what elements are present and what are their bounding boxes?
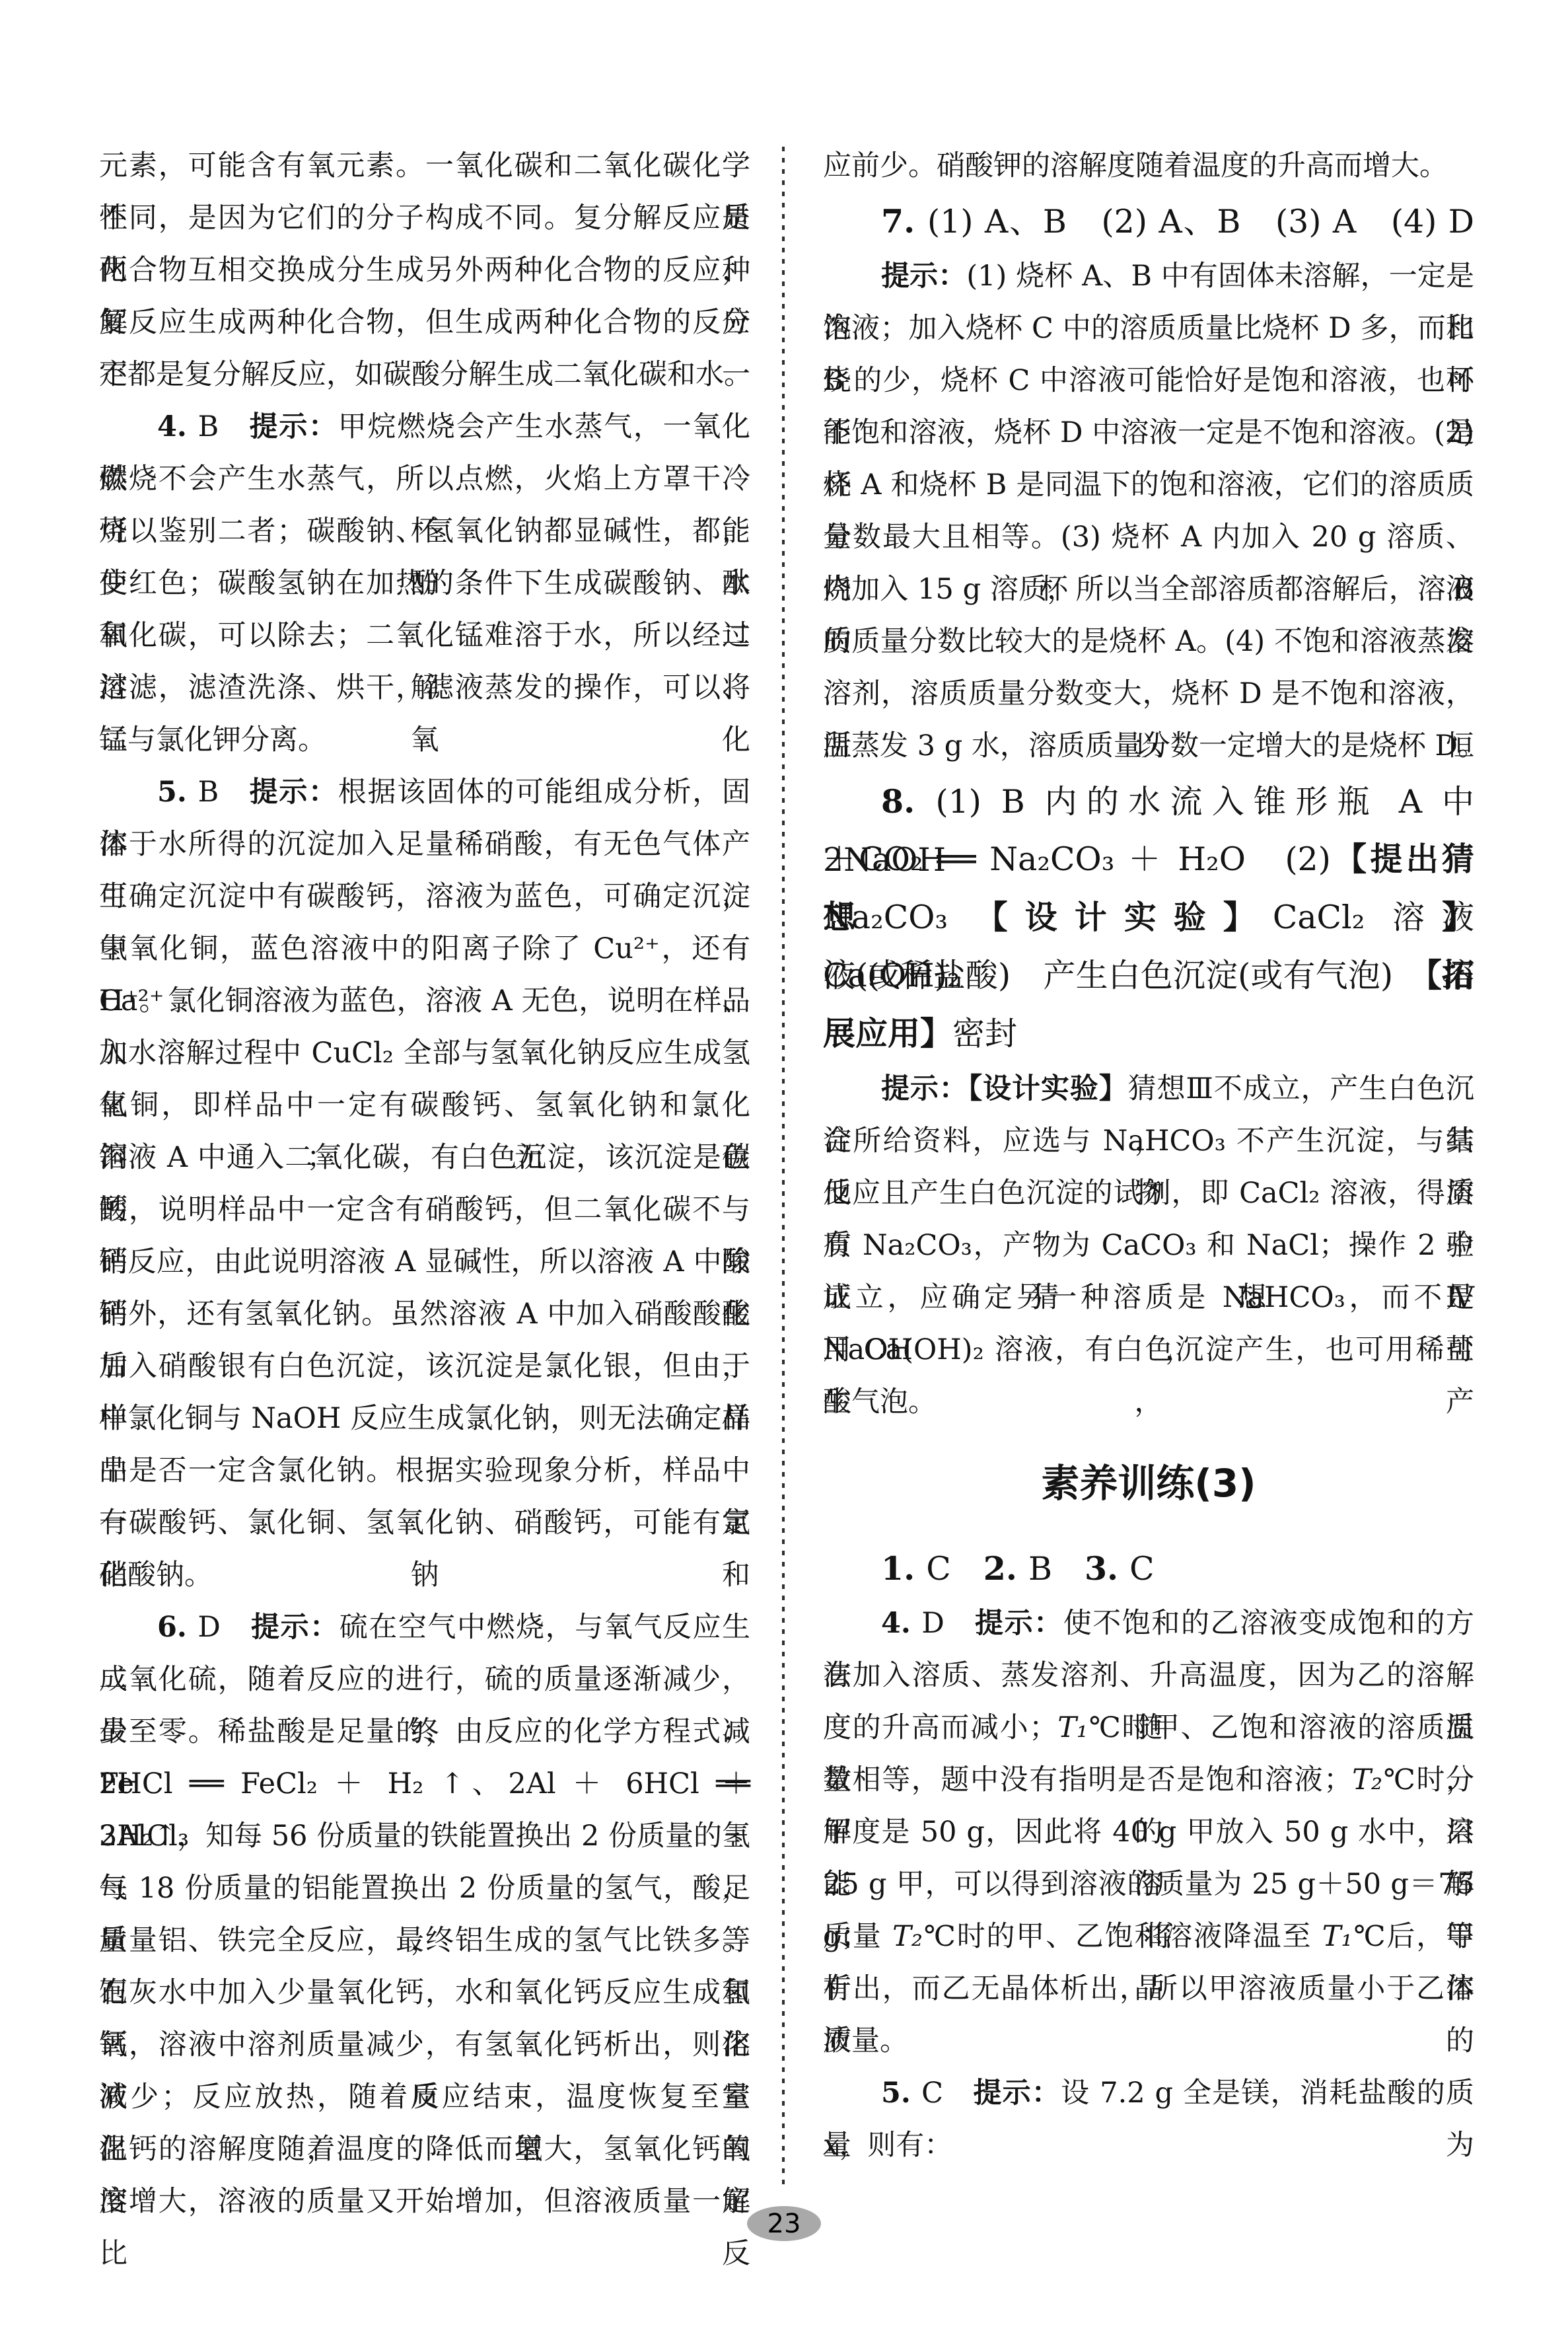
text-line: 中是否一定含氯化钠。根据实验现象分析，样品中一定 [99,1445,750,1497]
text-line: 有碳酸钙、氯化铜、氢氧化钠、硝酸钙，可能有氯化钠和 [99,1497,750,1549]
text-line: 溶液 A 中通入二氧化碳，有白色沉淀，该沉淀是碳酸 [99,1132,750,1184]
text-line: 钙外，还有氢氧化钠。虽然溶液 A 中加入硝酸酸化后， [99,1288,750,1341]
text-line: 解反应生成两种化合物，但生成两种化合物的反应不一 [99,297,750,349]
text-line: 有 Na₂CO₃，产物为 CaCO₃ 和 NaCl；操作 2 验证猜想Ⅳ [823,1220,1474,1272]
page-number: 23 [767,2209,801,2239]
text-line: 质量 T₂℃时的甲、乙饱和溶液降温至 T₁℃后，甲有晶体 [823,1911,1474,1963]
text-line: 钙反应，由此说明溶液 A 显碱性，所以溶液 A 中除硝酸 [99,1236,750,1288]
text-line: 二氧化硫，随着反应的进行，硫的质量逐渐减少，最终减 [99,1654,750,1706]
text-line: 内加入 15 g 溶质，所以当全部溶质都溶解后，溶液的溶 [823,564,1474,616]
page-number-badge: 23 [747,2206,821,2241]
text-line: H⁺。氯化铜溶液为蓝色，溶液 A 无色，说明在样品加 [99,975,750,1027]
text-line: 溶液；加入烧杯 C 中的溶质质量比烧杯 D 多，而比烧杯 [823,303,1474,355]
text-line: 度的升高而减小；T₁℃时甲、乙饱和溶液的溶质质量分 [823,1702,1474,1754]
text-line: 6. D 提示：硫在空气中燃烧，与氧气反应生成 [99,1602,750,1654]
text-line: 提示：(1) 烧杯 A、B 中有固体未溶解，一定是饱和 [823,250,1474,303]
text-line: 反应且产生白色沉淀的试剂，即 CaCl₂ 溶液，得溶质中 [823,1167,1474,1220]
text-line: 元素，可能含有氧元素。一氧化碳和二氧化碳化学性质 [99,140,750,192]
text-line: 温蒸发 3 g 水，溶质质量分数一定增大的是烧杯 D。 [823,720,1474,772]
text-line: 展应用】密封 [823,1005,1474,1063]
text-line: 合所给资料，应选与 NaHCO₃ 不产生沉淀，与其他物质 [823,1115,1474,1167]
text-line: B 的少，烧杯 C 中溶液可能恰好是饱和溶液，也可能是 [823,355,1474,407]
text-line: 化合物互相交换成分生成另外两种化合物的反应，复分 [99,244,750,297]
text-line: 中氯化铜与 NaOH 反应生成氯化钠，则无法确定样品 [99,1393,750,1445]
text-line: 质量铝、铁完全反应，最终铝生成的氢气比铁多。饱和 [99,1915,750,1967]
text-line: 变红色；碳酸氢钠在加热的条件下生成碳酸钠、水和二 [99,558,750,610]
text-line: 3H₂↑，知每 56 份质量的铁能置换出 2 份质量的氢气， [99,1810,750,1863]
text-line: 8. (1) B 内的水流入锥形瓶 A 中 2NaOH [823,772,1474,830]
text-line: 度增大，溶液的质量又开始增加，但溶液质量一定比反 [99,2176,750,2228]
text-line: 有加入溶质、蒸发溶剂、升高温度，因为乙的溶解度随温 [823,1650,1474,1702]
text-line: 石灰水中加入少量氧化钙，水和氧化钙反应生成氢氧化 [99,1967,750,2019]
text-line: 析出，而乙无晶体析出，所以甲溶液质量小于乙溶液的 [823,1963,1474,2015]
text-line: 每 18 份质量的铝能置换出 2 份质量的氢气，酸足量，等 [99,1863,750,1915]
text-line: 4. B 提示：甲烷燃烧会产生水蒸气，一氧化碳 [99,401,750,453]
text-line: 氢氧化铜，蓝色溶液中的阳离子除了 Cu²⁺，还有 Ca²⁺、 [99,923,750,975]
text-line: 2HCl ══ FeCl₂ ＋ H₂ ↑、2Al ＋ 6HCl ══ 2AlCl… [99,1758,750,1810]
column-divider [782,147,785,2188]
text-line: ＋CO₂ ══ Na₂CO₃ ＋ H₂O (2)【提出猜想】 [823,830,1474,889]
text-line: 钙，溶液中溶剂质量减少，有氢氧化钙析出，则溶液质量 [99,2019,750,2071]
text-line: 解度是 50 g，因此将 40 g 甲放入 50 g 水中，只能溶解 [823,1806,1474,1859]
text-line: 燃烧不会产生水蒸气，所以点燃，火焰上方罩干冷烧杯， [99,453,750,505]
left-column: 元素，可能含有氧元素。一氧化碳和二氧化碳化学性质不同，是因为它们的分子构成不同。… [99,140,750,2228]
text-line: 数相等，题中没有指明是否是饱和溶液；T₂℃时，甲的溶 [823,1754,1474,1806]
text-line: 氧化碳，可以除去；二氧化锰难溶于水，所以经过溶解、 [99,610,750,662]
text-line: 溶剂，溶质质量分数变大，烧杯 D 是不饱和溶液，所以恒 [823,668,1474,720]
text-line: 5. B 提示：根据该固体的可能组成分析，固体 [99,766,750,819]
text-line: 杯 A 和烧杯 B 是同温下的饱和溶液，它们的溶质质量 [823,459,1474,511]
text-line: 1. C 2. B 3. C [823,1539,1474,1598]
text-line: 4. D 提示：使不饱和的乙溶液变成饱和的方法 [823,1598,1474,1650]
text-line: 入水溶解过程中 CuCl₂ 全部与氢氧化钠反应生成氢氧 [99,1027,750,1080]
text-line: 加入硝酸银有白色沉淀，该沉淀是氯化银，但由于样品 [99,1341,750,1393]
right-column: 应前少。硝酸钾的溶解度随着温度的升高而增大。7. (1) A、B (2) A、B… [823,140,1474,2172]
text-line: 化铜，即样品中一定有碳酸钙、氢氧化钠和氯化铜；无色 [99,1080,750,1132]
text-line: 可确定沉淀中有碳酸钙，溶液为蓝色，可确定沉淀中有 [99,871,750,923]
text-line: 应前少。硝酸钾的溶解度随着温度的升高而增大。 [823,140,1474,192]
text-line: 化钙的溶解度随着温度的降低而增大，氢氧化钙的溶解 [99,2123,750,2176]
text-line: 25 g 甲，可以得到溶液的质量为 25 g＋50 g＝75 g；将等 [823,1859,1474,1911]
text-line: 溶于水所得的沉淀加入足量稀硝酸，有无色气体产生， [99,819,750,871]
text-line: 成立，应确定另一种溶质是 NaHCO₃，而不是 NaOH，可 [823,1272,1474,1324]
text-line: 不同，是因为它们的分子构成不同。复分解反应是两种 [99,192,750,244]
text-line: 可以鉴别二者；碳酸钠、氢氧化钠都显碱性，都能使酚酞 [99,505,750,558]
text-line: 质质量分数比较大的是烧杯 A。(4) 不饱和溶液蒸发 [823,616,1474,668]
text-line: 提示：【设计实验】猜想Ⅲ不成立，产生白色沉淀，结 [823,1063,1474,1115]
text-line: 7. (1) A、B (2) A、B (3) A (4) D [823,192,1474,250]
text-line: Na₂CO₃ 【设计实验】CaCl₂ 溶液 Ca(OH)₂ 溶 [823,889,1474,947]
text-line: 不饱和溶液，烧杯 D 中溶液一定是不饱和溶液。(2) 烧 [823,407,1474,459]
text-line: 少至零。稀盐酸是足量的，由反应的化学方程式：Fe＋ [99,1706,750,1758]
text-line: 液(或稀盐酸) 产生白色沉淀(或有气泡) 【拓 [823,947,1474,1005]
text-line: 钙，说明样品中一定含有硝酸钙，但二氧化碳不与硝酸 [99,1184,750,1236]
text-line: 用 Ca(OH)₂ 溶液，有白色沉淀产生，也可用稀盐酸，产 [823,1324,1474,1376]
text-line: 过滤，滤渣洗涤、烘干，滤液蒸发的操作，可以将二氧化 [99,662,750,714]
answer-key-page: 元素，可能含有氧元素。一氧化碳和二氧化碳化学性质不同，是因为它们的分子构成不同。… [0,0,1568,2325]
text-line: 分数最大且相等。(3) 烧杯 A 内加入 20 g 溶质、烧杯 B [823,511,1474,564]
text-line: 定都是复分解反应，如碳酸分解生成二氧化碳和水。 [99,349,750,401]
section-heading: 素养训练(3) [823,1455,1474,1512]
text-line: 5. C 提示：设 7.2 g 全是镁，消耗盐酸的质量为 [823,2067,1474,2120]
text-line: 减少；反应放热，随着反应结束，温度恢复至室温，氢氧 [99,2071,750,2123]
